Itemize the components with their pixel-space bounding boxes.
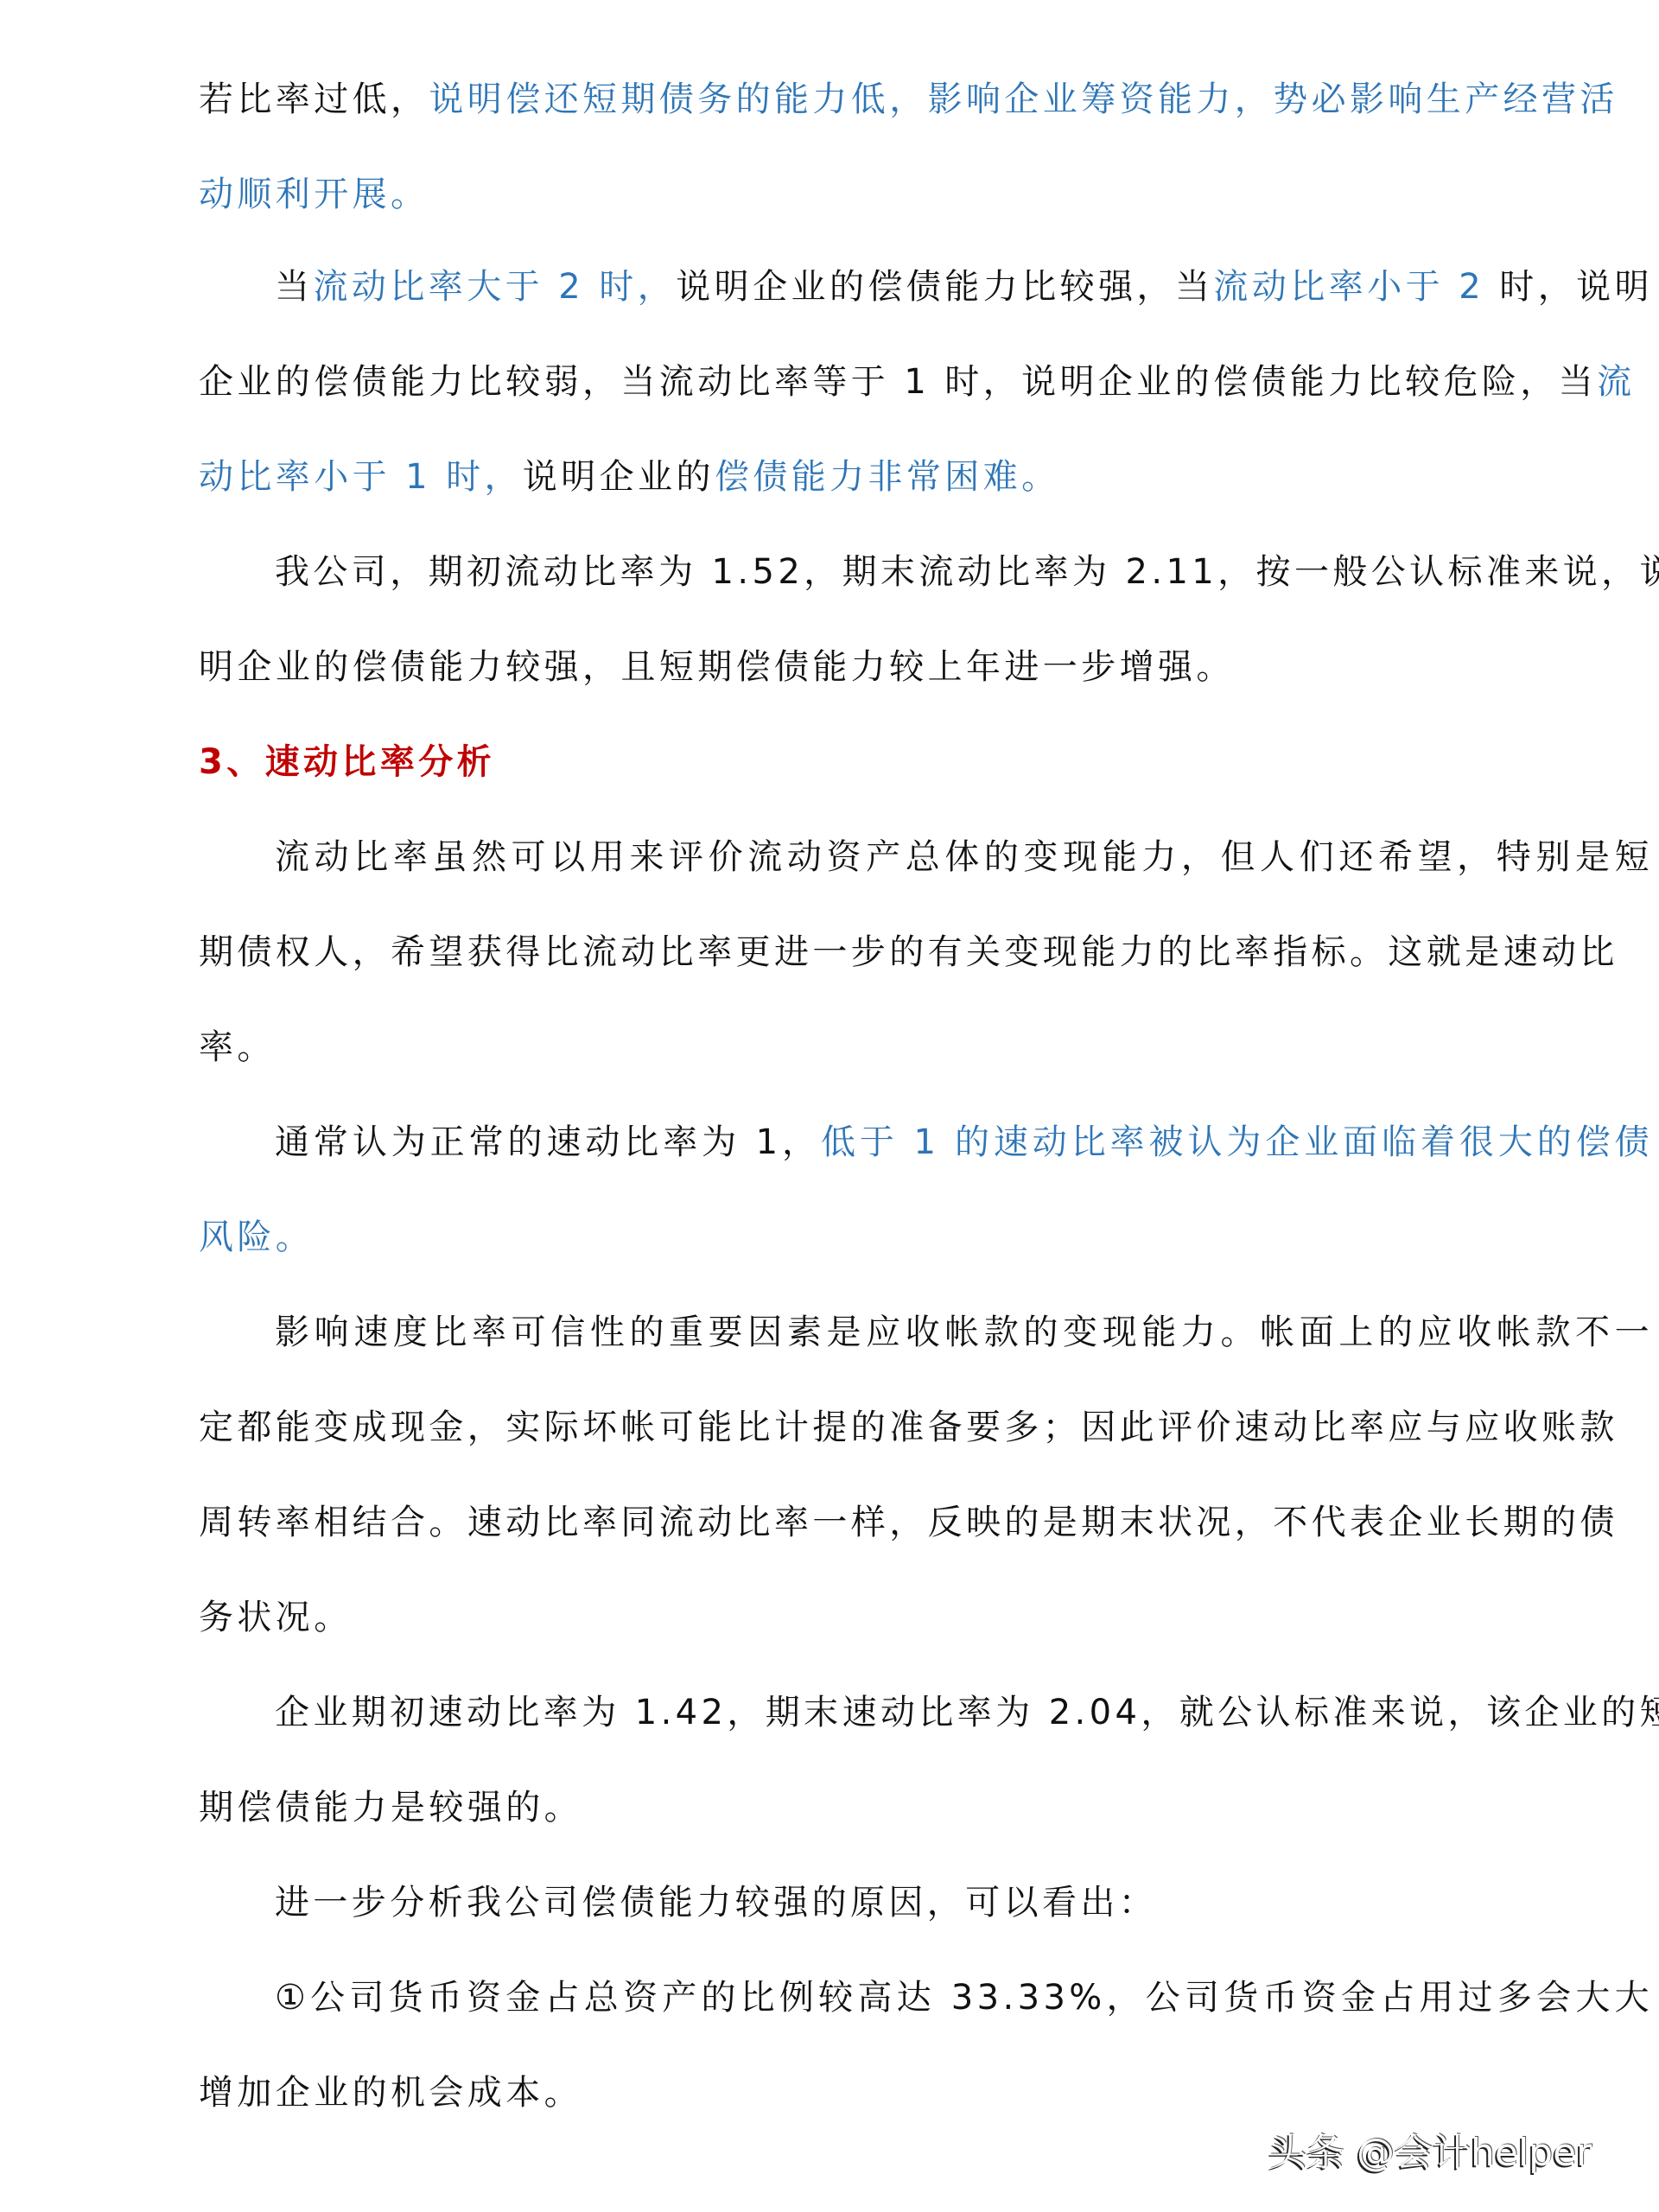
text-run: 企业的偿债能力比较弱，当流动比率等于 1 时，说明企业的偿债能力比较危险，当 bbox=[199, 362, 1597, 402]
highlighted-text: 偿债能力非常困难。 bbox=[715, 457, 1060, 497]
paragraph-line: 率。 bbox=[199, 1021, 1577, 1073]
text-run: ①公司货币资金占总资产的比例较高达 33.33%，公司货币资金占用过多会大大 bbox=[275, 1978, 1653, 2018]
text-run: 我公司，期初流动比率为 1.52，期末流动比率为 2.11，按一般公认标准来说，… bbox=[275, 552, 1659, 592]
text-run: 说明企业的 bbox=[523, 457, 715, 497]
text-run: 增加企业的机会成本。 bbox=[199, 2073, 582, 2113]
text-run: 周转率相结合。速动比率同流动比率一样，反映的是期末状况，不代表企业长期的债 bbox=[199, 1503, 1618, 1542]
section-heading: 3、速动比率分析 bbox=[199, 736, 1577, 788]
text-run: 明企业的偿债能力较强，且短期偿债能力较上年进一步增强。 bbox=[199, 647, 1235, 687]
text-run: 率。 bbox=[199, 1027, 276, 1067]
text-run: 说明企业的偿债能力比较强，当 bbox=[676, 267, 1213, 307]
text-run: 期债权人，希望获得比流动比率更进一步的有关变现能力的比率指标。这就是速动比 bbox=[199, 932, 1618, 972]
paragraph-line: 通常认为正常的速动比率为 1，低于 1 的速动比率被认为企业面临着很大的偿债 bbox=[199, 1116, 1653, 1168]
text-run: 定都能变成现金，实际坏帐可能比计提的准备要多；因此评价速动比率应与应收账款 bbox=[199, 1408, 1618, 1447]
paragraph-line: 我公司，期初流动比率为 1.52，期末流动比率为 2.11，按一般公认标准来说，… bbox=[199, 546, 1653, 598]
paragraph-line: 企业的偿债能力比较弱，当流动比率等于 1 时，说明企业的偿债能力比较危险，当流 bbox=[199, 356, 1577, 408]
highlighted-text: 流 bbox=[1597, 362, 1635, 402]
paragraph-line: 期债权人，希望获得比流动比率更进一步的有关变现能力的比率指标。这就是速动比 bbox=[199, 926, 1577, 978]
text-run: 企业期初速动比率为 1.42，期末速动比率为 2.04，就公认标准来说，该企业的… bbox=[275, 1693, 1659, 1732]
text-run: 通常认为正常的速动比率为 1， bbox=[275, 1122, 821, 1162]
paragraph-line: 定都能变成现金，实际坏帐可能比计提的准备要多；因此评价速动比率应与应收账款 bbox=[199, 1402, 1577, 1453]
highlighted-text: 低于 1 的速动比率被认为企业面临着很大的偿债 bbox=[821, 1122, 1653, 1162]
paragraph-line: ①公司货币资金占总资产的比例较高达 33.33%，公司货币资金占用过多会大大 bbox=[199, 1972, 1653, 2024]
text-run: 时，说明 bbox=[1484, 267, 1653, 307]
highlighted-text: 说明偿还短期债务的能力低，影响企业筹资能力，势必影响生产经营活 bbox=[429, 79, 1618, 119]
text-run: 进一步分析我公司偿债能力较强的原因，可以看出： bbox=[275, 1883, 1157, 1923]
text-run: 影响速度比率可信性的重要因素是应收帐款的变现能力。帐面上的应收帐款不一 bbox=[275, 1313, 1653, 1352]
highlighted-text: 动顺利开展。 bbox=[199, 175, 429, 214]
paragraph-line: 企业期初速动比率为 1.42，期末速动比率为 2.04，就公认标准来说，该企业的… bbox=[199, 1687, 1653, 1738]
paragraph-line: 增加企业的机会成本。 bbox=[199, 2067, 1577, 2119]
highlighted-text: 流动比率小于 2 bbox=[1213, 267, 1484, 307]
paragraph-line: 动顺利开展。 bbox=[199, 168, 1577, 220]
watermark-label: 头条 @会计helper bbox=[1268, 2127, 1592, 2179]
paragraph-line: 若比率过低，说明偿还短期债务的能力低，影响企业筹资能力，势必影响生产经营活 bbox=[199, 73, 1577, 125]
paragraph-line: 明企业的偿债能力较强，且短期偿债能力较上年进一步增强。 bbox=[199, 641, 1577, 693]
highlighted-text: 流动比率大于 2 时， bbox=[313, 267, 676, 307]
paragraph-line: 流动比率虽然可以用来评价流动资产总体的变现能力，但人们还希望，特别是短 bbox=[199, 831, 1653, 883]
highlighted-text: 风险。 bbox=[199, 1217, 314, 1257]
paragraph-line: 风险。 bbox=[199, 1211, 1577, 1263]
text-run: 若比率过低， bbox=[199, 79, 429, 119]
paragraph-line: 周转率相结合。速动比率同流动比率一样，反映的是期末状况，不代表企业长期的债 bbox=[199, 1497, 1577, 1548]
text-run: 务状况。 bbox=[199, 1598, 353, 1637]
text-run: 流动比率虽然可以用来评价流动资产总体的变现能力，但人们还希望，特别是短 bbox=[275, 837, 1653, 877]
paragraph-line: 动比率小于 1 时，说明企业的偿债能力非常困难。 bbox=[199, 451, 1577, 503]
text-run: 当 bbox=[275, 267, 313, 307]
paragraph-line: 当流动比率大于 2 时，说明企业的偿债能力比较强，当流动比率小于 2 时，说明 bbox=[199, 261, 1653, 313]
paragraph-line: 期偿债能力是较强的。 bbox=[199, 1782, 1577, 1834]
paragraph-line: 影响速度比率可信性的重要因素是应收帐款的变现能力。帐面上的应收帐款不一 bbox=[199, 1306, 1653, 1358]
text-run: 期偿债能力是较强的。 bbox=[199, 1788, 582, 1827]
paragraph-line: 进一步分析我公司偿债能力较强的原因，可以看出： bbox=[199, 1877, 1653, 1929]
paragraph-line: 务状况。 bbox=[199, 1592, 1577, 1643]
highlighted-text: 动比率小于 1 时， bbox=[199, 457, 523, 497]
